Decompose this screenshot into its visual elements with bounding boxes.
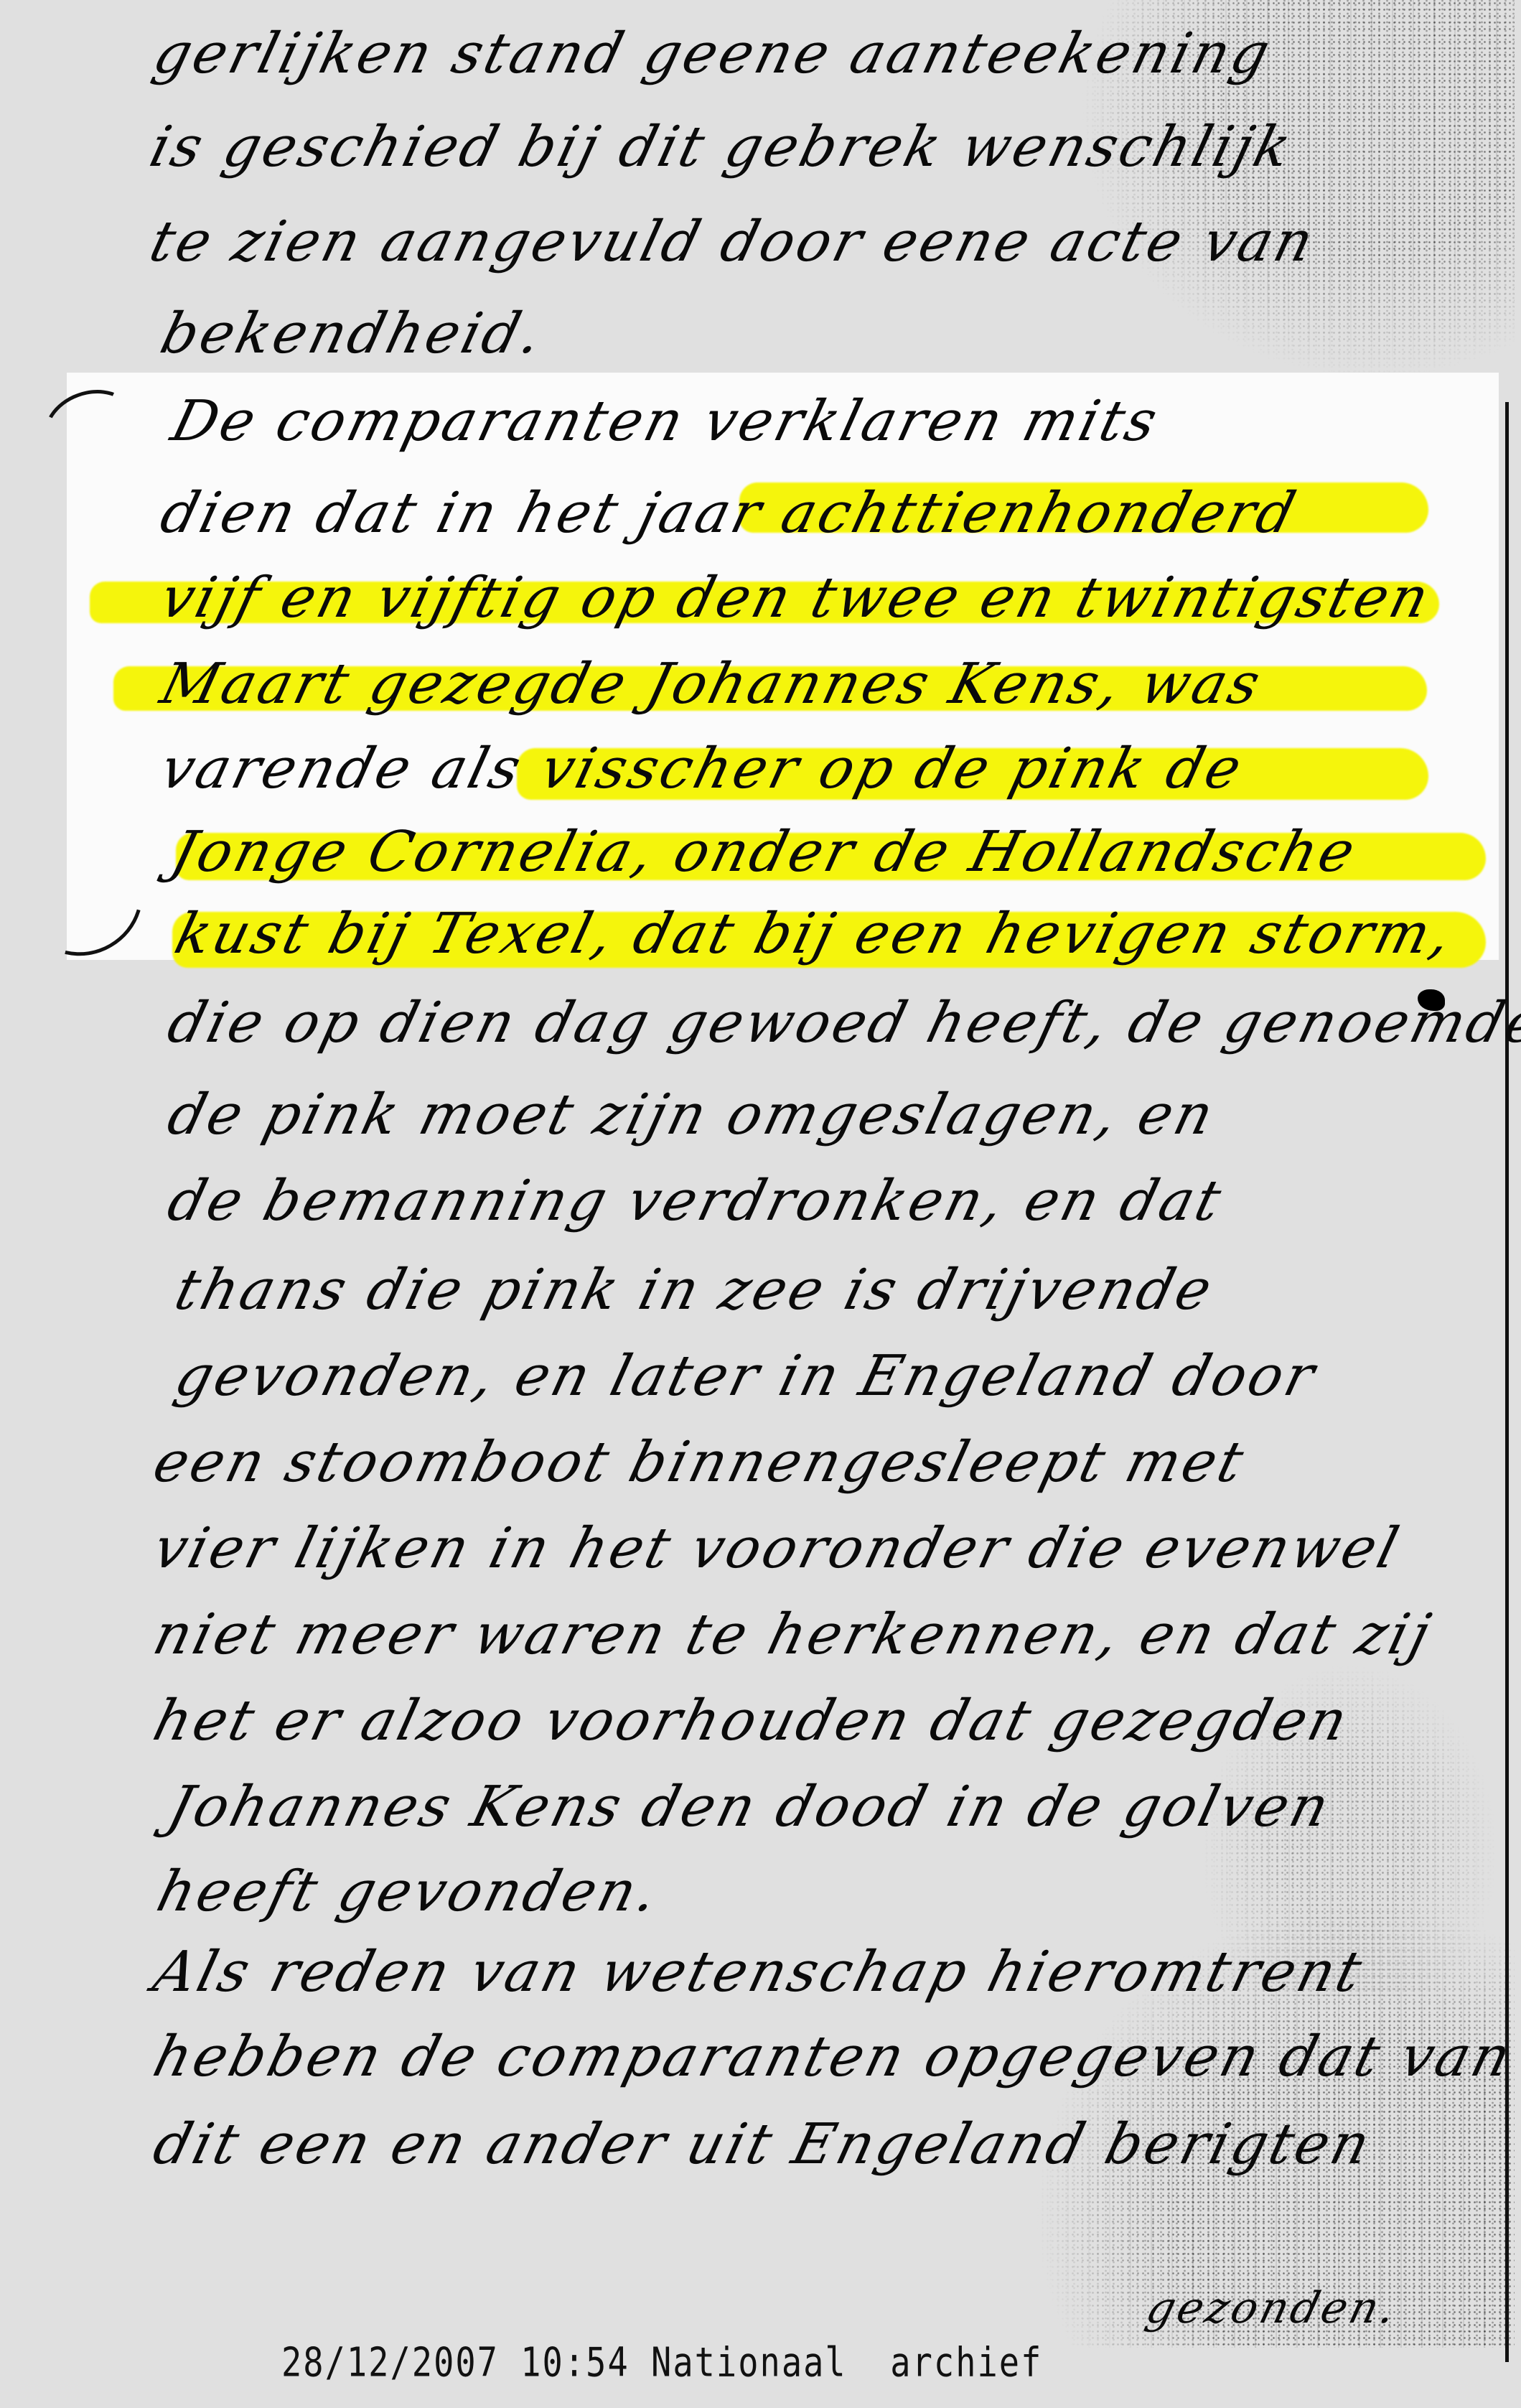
manuscript-line: is geschied bij dit gebrek wenschlijk	[0, 93, 1521, 179]
manuscript-line: gerlijken stand geene aanteekening	[0, 0, 1521, 86]
manuscript-line: Johannes Kens den dood in de golven	[0, 1753, 1521, 1839]
manuscript-line: hebben de comparanten opgegeven dat van	[0, 2003, 1521, 2089]
manuscript-line-highlighted: kust bij Texel, dat bij een hevigen stor…	[0, 880, 1521, 966]
manuscript-line: vier lijken in het vooronder die evenwel	[0, 1495, 1521, 1581]
manuscript-line: gevonden, en later in Engeland door	[0, 1322, 1521, 1409]
manuscript-line: De comparanten verklaren mits	[0, 368, 1521, 454]
manuscript-line: thans die pink in zee is drijvende	[0, 1236, 1521, 1322]
manuscript-line: bekendheid.	[0, 280, 1521, 366]
manuscript-line: niet meer waren te herkennen, en dat zij	[0, 1581, 1521, 1667]
manuscript-line: Als reden van wetenschap hieromtrent	[0, 1918, 1521, 2005]
manuscript-line-highlighted: varende als visscher op de pink de	[0, 715, 1521, 801]
manuscript-line: gezonden.	[0, 2247, 1521, 2333]
manuscript-line: het er alzoo voorhouden dat gezegden	[0, 1667, 1521, 1753]
manuscript-line-highlighted: vijf en vijftig op den twee en twintigst…	[0, 544, 1521, 630]
manuscript-line-highlighted: Jonge Cornelia, onder de Hollandsche	[0, 798, 1521, 885]
manuscript-line-highlighted: Maart gezegde Johannes Kens, was	[0, 630, 1521, 717]
manuscript-line: te zien aangevuld door eene acte van	[0, 188, 1521, 274]
manuscript-line-highlighted: dien dat in het jaar achttienhonderd	[0, 459, 1521, 546]
manuscript-line: heeft gevonden.	[0, 1838, 1521, 1924]
fax-header-timestamp: 28/12/2007 10:54 Nationaal archief	[281, 2339, 1042, 2386]
manuscript-line: de bemanning verdronken, en dat	[0, 1147, 1521, 1233]
manuscript-line: die op dien dag gewoed heeft, de genoemd…	[0, 969, 1521, 1055]
manuscript-line: dit een en ander uit Engeland berigten	[0, 2091, 1521, 2177]
manuscript-line: een stoomboot binnengesleept met	[0, 1409, 1521, 1495]
manuscript-line: de pink moet zijn omgeslagen, en	[0, 1061, 1521, 1147]
